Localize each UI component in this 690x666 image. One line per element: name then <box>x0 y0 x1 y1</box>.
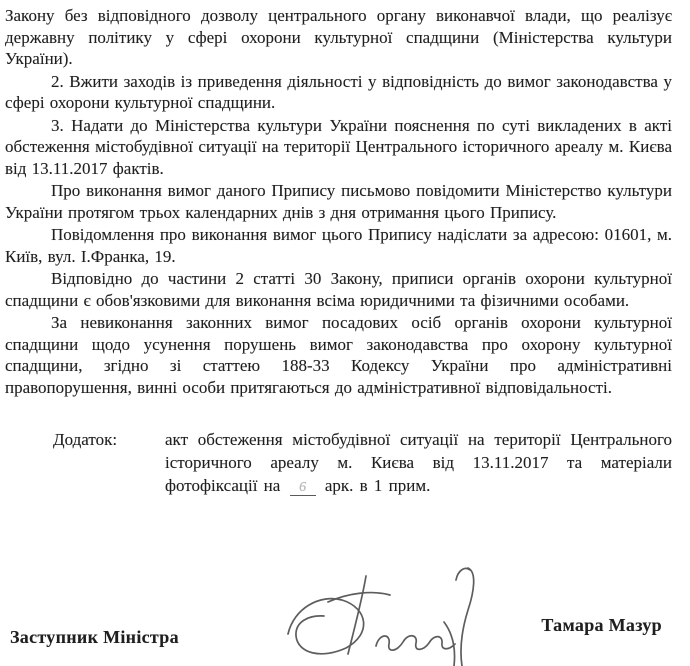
paragraph-law-continuation: Закону без відповідного дозволу централь… <box>5 5 672 70</box>
attachment-block: Додаток: акт обстеження містобудівної си… <box>0 428 690 497</box>
signature-scribble-icon <box>278 560 503 666</box>
signer-position-title: Заступник Міністра <box>10 627 179 648</box>
document-body: Закону без відповідного дозволу централь… <box>0 0 690 398</box>
paragraph-article-30: Відповідно до частини 2 статті 30 Закону… <box>5 268 672 311</box>
attachment-label: Додаток: <box>53 428 165 497</box>
attachment-text-after: арк. в 1 прим. <box>325 476 431 495</box>
scanned-document-page: Закону без відповідного дозволу централь… <box>0 0 690 666</box>
paragraph-mailing-address: Повідомлення про виконання вимог цього П… <box>5 224 672 267</box>
handwritten-sheet-count: 6 <box>290 481 316 496</box>
paragraph-item-3: 3. Надати до Міністерства культури Украї… <box>5 115 672 180</box>
attachment-text: акт обстеження містобудівної ситуації на… <box>165 428 672 497</box>
paragraph-item-2: 2. Вжити заходів із приведення діяльност… <box>5 71 672 114</box>
paragraph-notify-ministry: Про виконання вимог даного Припису письм… <box>5 180 672 223</box>
paragraph-liability: За невиконання законних вимог посадових … <box>5 312 672 398</box>
signer-name: Тамара Мазур <box>541 615 662 636</box>
